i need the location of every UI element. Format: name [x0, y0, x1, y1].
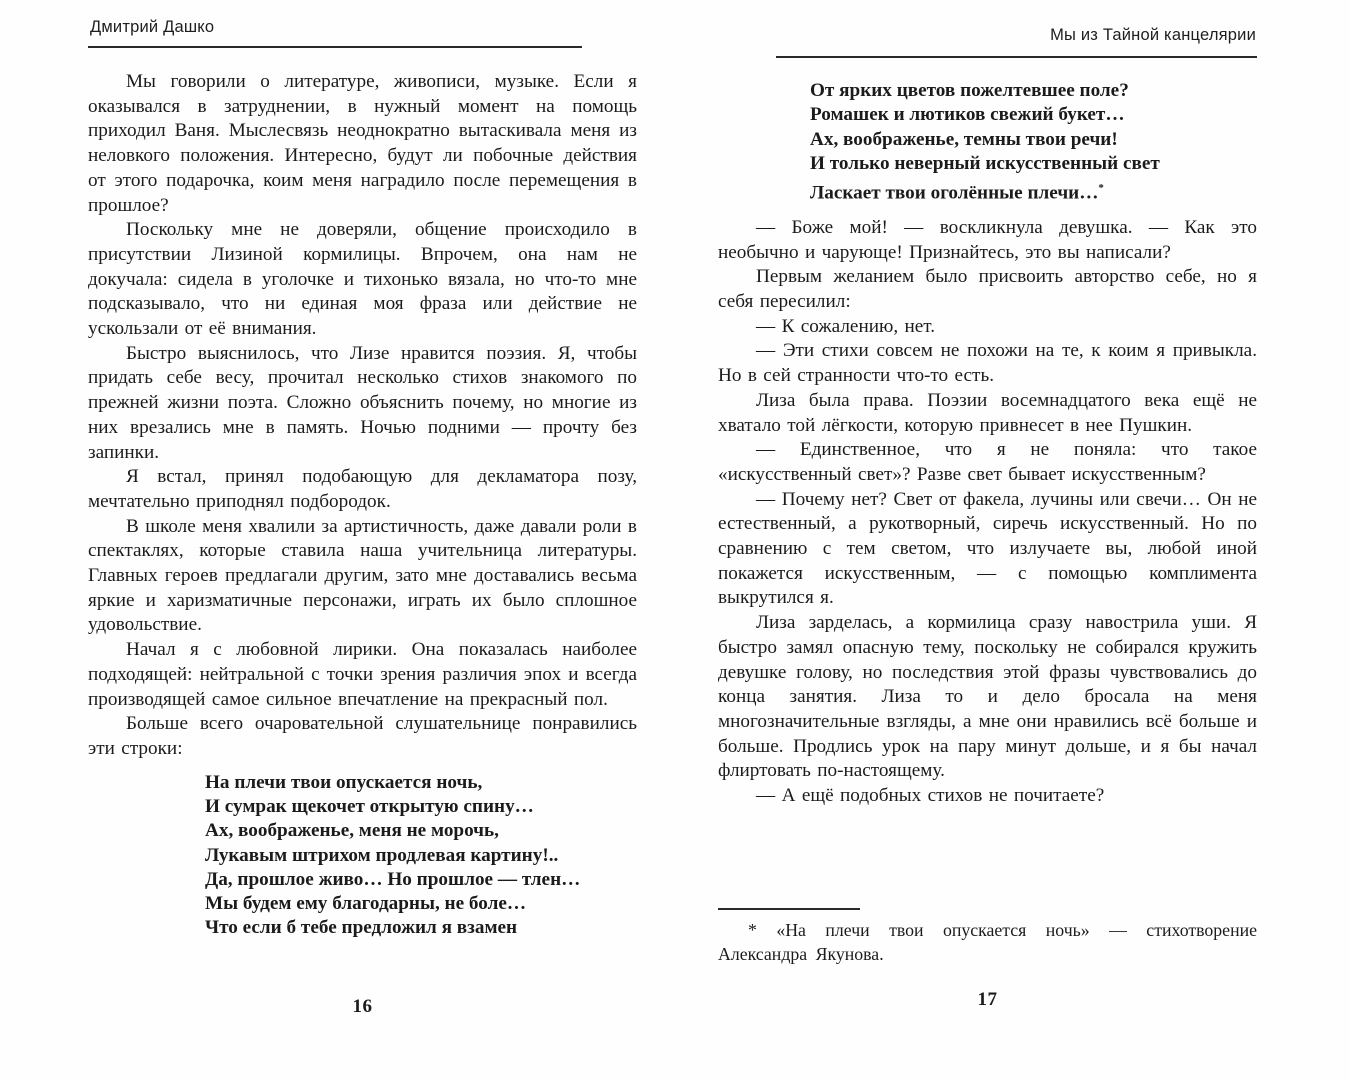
poem-line: Мы будем ему благодарны, не боле… [205, 892, 637, 916]
header-rule-right [776, 56, 1257, 58]
running-head-author: Дмитрий Дашко [90, 18, 214, 37]
paragraph: Поскольку мне не доверяли, общение проис… [88, 218, 637, 342]
page-left-body: Мы говорили о литературе, живописи, музы… [88, 0, 637, 941]
poem-line: Ах, воображенье, меня не морочь, [205, 819, 637, 843]
poem-line: Что если б тебе предложил я взамен [205, 916, 637, 940]
paragraph: Мы говорили о литературе, живописи, музы… [88, 70, 637, 218]
poem-line: От ярких цветов пожелтевшее поле? [810, 79, 1257, 103]
poem-line: Лукавым штрихом продлевая картину!.. [205, 844, 637, 868]
paragraph: — Эти стихи совсем не похожи на те, к ко… [718, 339, 1257, 388]
footnote-block: * «На плечи твои опускается ночь» — стих… [718, 908, 1257, 966]
poem-line: И сумрак щекочет открытую спину… [205, 795, 637, 819]
poem-verse-right: От ярких цветов пожелтевшее поле? Ромаше… [810, 79, 1257, 206]
paragraph: — Единственное, что я не поняла: что так… [718, 438, 1257, 487]
poem-line: И только неверный искусственный свет [810, 152, 1257, 176]
paragraph: — Боже мой! — воскликнула девушка. — Как… [718, 216, 1257, 265]
running-head-title: Мы из Тайной канцелярии [1050, 26, 1256, 45]
page-number-left: 16 [88, 996, 637, 1018]
page-right-body: От ярких цветов пожелтевшее поле? Ромаше… [718, 0, 1257, 809]
poem-line-text: Ласкает твои оголённые плечи… [810, 183, 1098, 204]
paragraph: Быстро выяснилось, что Лизе нравится поэ… [88, 342, 637, 466]
page-right: Мы из Тайной канцелярии От ярких цветов … [718, 0, 1257, 1080]
paragraph: Начал я с любовной лирики. Она показалас… [88, 638, 637, 712]
paragraph: — Почему нет? Свет от факела, лучины или… [718, 488, 1257, 612]
paragraph: — А ещё подобных стихов не почитаете? [718, 784, 1257, 809]
poem-line: На плечи твои опускается ночь, [205, 771, 637, 795]
paragraph: — К сожалению, нет. [718, 315, 1257, 340]
paragraph: Первым желанием было присвоить авторство… [718, 265, 1257, 314]
poem-line: Ромашек и лютиков свежий букет… [810, 103, 1257, 127]
footnote-text: * «На плечи твои опускается ночь» — стих… [718, 918, 1257, 966]
paragraph: Лиза была права. Поэзии восемнадцатого в… [718, 389, 1257, 438]
paragraph: В школе меня хвалили за артистичность, д… [88, 515, 637, 639]
page-left: Дмитрий Дашко Мы говорили о литературе, … [88, 0, 637, 1080]
header-rule-left [88, 46, 582, 48]
poem-verse-left: На плечи твои опускается ночь, И сумрак … [205, 771, 637, 941]
page-number-right: 17 [718, 989, 1257, 1011]
footnote-marker: * [1098, 182, 1104, 194]
poem-line-with-footnote: Ласкает твои оголённые плечи…* [810, 176, 1257, 206]
poem-line: Да, прошлое живо… Но прошлое — тлен… [205, 868, 637, 892]
paragraph: Я встал, принял подобающую для декламато… [88, 465, 637, 514]
poem-line: Ах, воображенье, темны твои речи! [810, 128, 1257, 152]
book-spread: Дмитрий Дашко Мы говорили о литературе, … [0, 0, 1349, 1080]
paragraph: Лиза зарделась, а кормилица сразу навост… [718, 611, 1257, 784]
paragraph: Больше всего очаровательной слушательниц… [88, 712, 637, 761]
footnote-rule [718, 908, 860, 910]
